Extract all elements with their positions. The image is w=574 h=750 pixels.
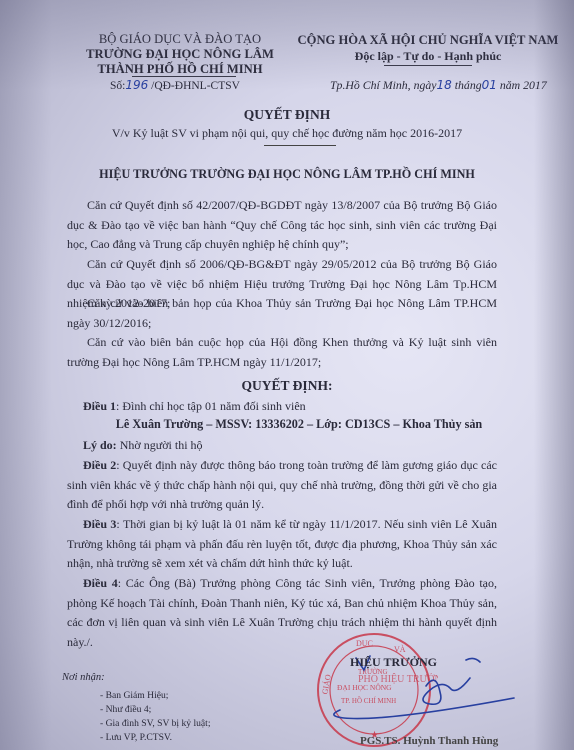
document-number: Số:196 /QĐ-ĐHNL-CTSV bbox=[110, 78, 240, 92]
recipients-title: Nơi nhận: bbox=[62, 672, 105, 683]
document-date: Tp.Hồ Chí Minh, ngày18 tháng01 năm 2017 bbox=[330, 78, 547, 93]
national-header: CỘNG HÒA XÃ HỘI CHỦ NGHĨA VIỆT NAM Độc l… bbox=[288, 32, 568, 66]
motto-underline bbox=[384, 64, 472, 66]
signer-title: HIỆU TRƯỞNG bbox=[350, 655, 437, 670]
preamble-3: Căn cứ vào biên bản họp của Khoa Thủy sả… bbox=[67, 294, 497, 333]
ministry-name: BỘ GIÁO DỤC VÀ ĐÀO TẠO bbox=[80, 32, 280, 47]
decision-heading: QUYẾT ĐỊNH: bbox=[0, 378, 574, 394]
title-divider bbox=[264, 145, 336, 146]
city-name: THÀNH PHỐ HỒ CHÍ MINH bbox=[80, 62, 280, 77]
svg-text:DỤC: DỤC bbox=[356, 639, 373, 648]
issuer-title: HIỆU TRƯỞNG TRƯỜNG ĐẠI HỌC NÔNG LÂM TP.H… bbox=[0, 167, 574, 182]
article-1: Điều 1: Đình chỉ học tập 01 năm đối sinh… bbox=[67, 397, 497, 417]
handwritten-number: 196 bbox=[125, 78, 148, 92]
document-title: QUYẾT ĐỊNH bbox=[0, 107, 574, 123]
preamble-1: Căn cứ Quyết định số 42/2007/QĐ-BGDĐT ng… bbox=[67, 196, 497, 255]
recipient-item: - Lưu VP, P.CTSV. bbox=[100, 732, 172, 743]
student-info: Lê Xuân Trường – MSSV: 13336202 – Lớp: C… bbox=[0, 417, 574, 432]
signer-name: PGS.TS. Huỳnh Thanh Hùng bbox=[360, 735, 498, 747]
article-2: Điều 2: Quyết định này được thông báo tr… bbox=[67, 456, 497, 515]
article-3: Điều 3: Thời gian bị kỷ luật là 01 năm k… bbox=[67, 515, 497, 574]
reason: Lý do: Nhờ người thi hộ bbox=[67, 436, 497, 456]
recipient-item: - Như điều 4; bbox=[100, 704, 151, 715]
national-motto: Độc lập - Tự do - Hạnh phúc bbox=[288, 48, 568, 64]
recipient-item: - Ban Giám Hiệu; bbox=[100, 690, 168, 701]
preamble-4: Căn cứ vào biên bản cuộc họp của Hội đồn… bbox=[67, 333, 497, 372]
nation-name: CỘNG HÒA XÃ HỘI CHỦ NGHĨA VIỆT NAM bbox=[288, 32, 568, 48]
issuing-agency-header: BỘ GIÁO DỤC VÀ ĐÀO TẠO TRƯỜNG ĐẠI HỌC NÔ… bbox=[80, 32, 280, 77]
document-subject: V/v Kỷ luật SV vi phạm nội qui, quy chế … bbox=[0, 126, 574, 141]
recipient-item: - Gia đình SV, SV bị kỷ luật; bbox=[100, 718, 211, 729]
university-name: TRƯỜNG ĐẠI HỌC NÔNG LÂM bbox=[80, 47, 280, 62]
